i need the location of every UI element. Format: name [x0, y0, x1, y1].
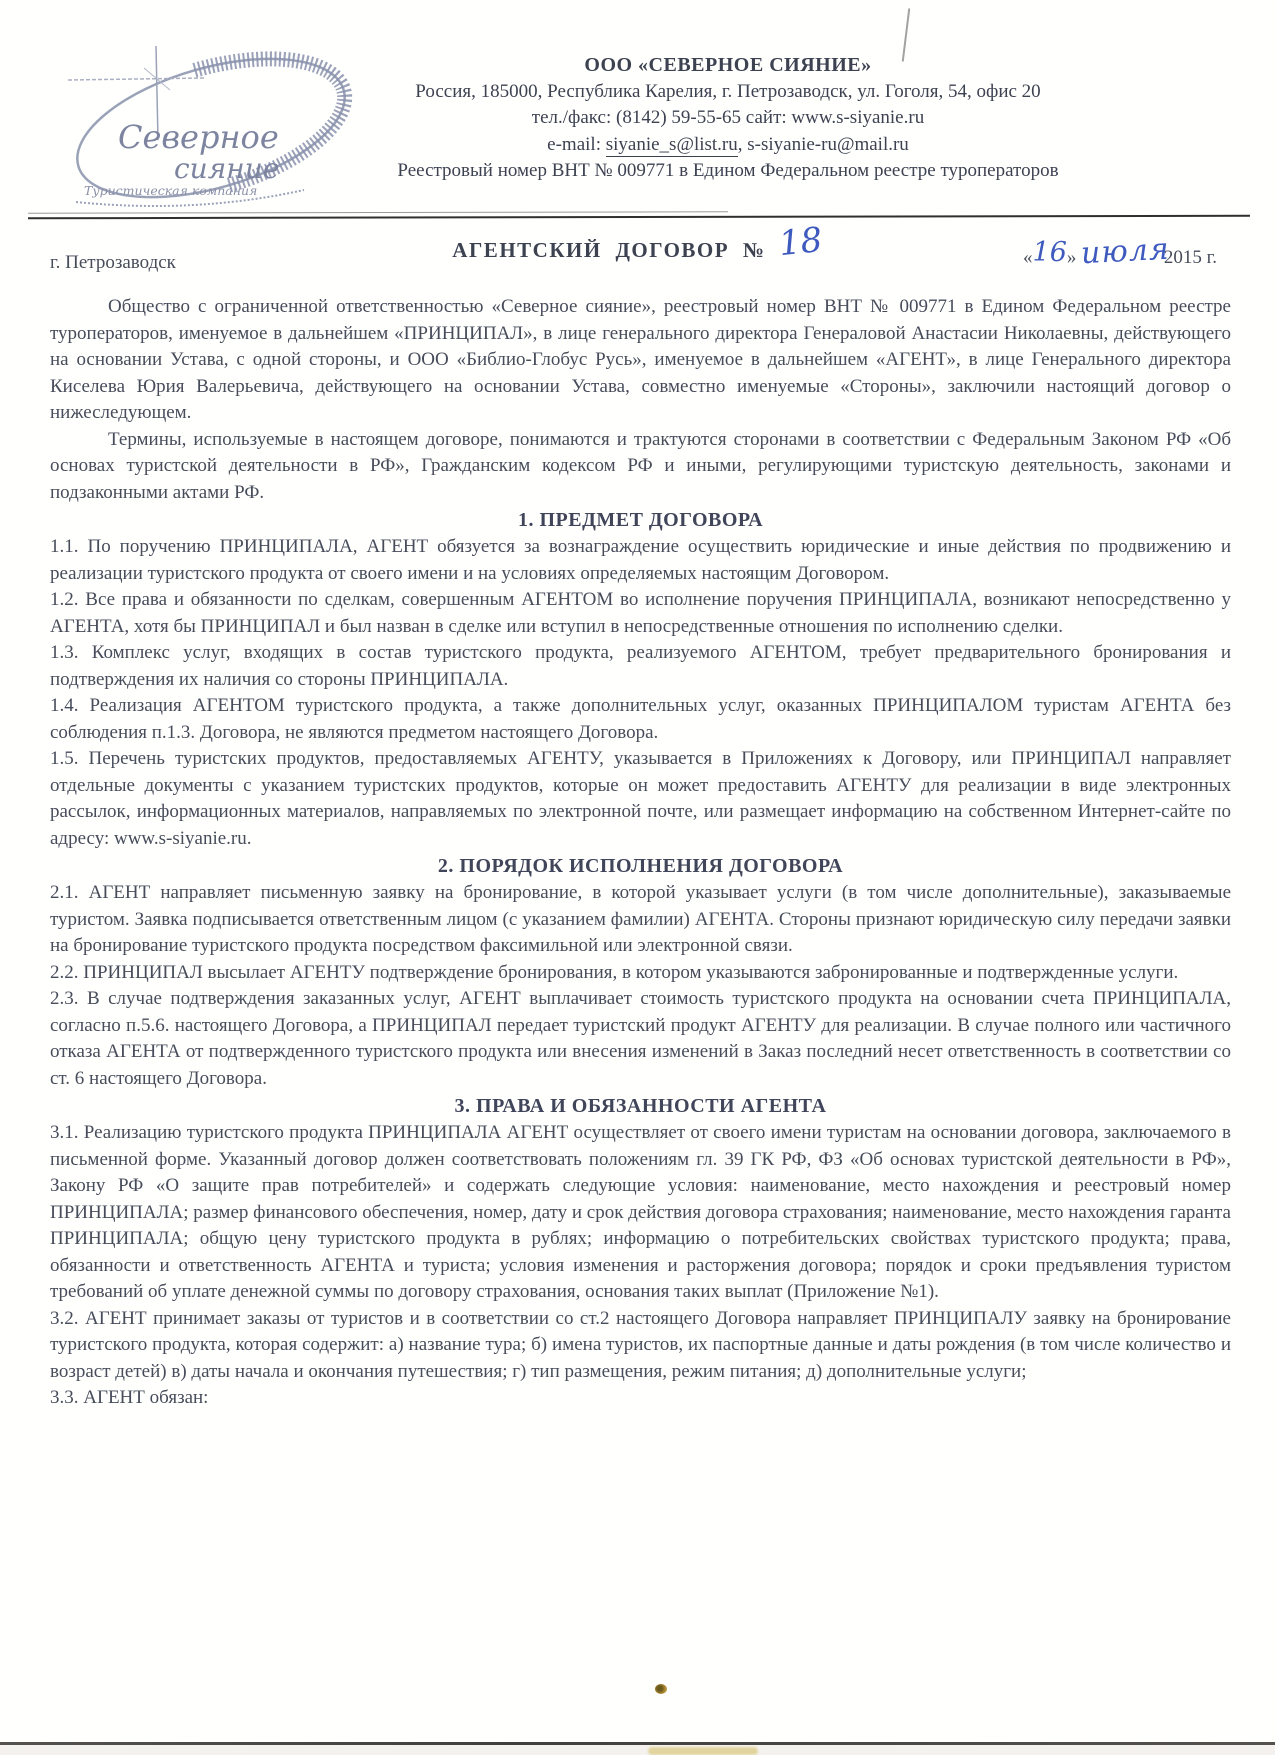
letterhead-divider-rule [28, 215, 1250, 220]
clause-2-1: 2.1. АГЕНТ направляет письменную заявку … [50, 880, 1231, 960]
clause-1-2: 1.2. Все права и обязанности по сделкам,… [50, 587, 1231, 640]
scan-speck-artifact [655, 1684, 667, 1694]
letterhead: ООО «СЕВЕРНОЕ СИЯНИЕ» Россия, 185000, Ре… [248, 52, 1208, 185]
clause-1-5: 1.5. Перечень туристских продуктов, пред… [50, 746, 1231, 852]
section-1-heading: 1. ПРЕДМЕТ ДОГОВОРА [50, 506, 1231, 534]
date-quote-open: « [1023, 247, 1033, 268]
email-label: e-mail: [547, 134, 606, 155]
company-phone-site: тел./факс: (8142) 59-55-65 сайт: www.s-s… [248, 105, 1208, 132]
date-year: 2015 г. [1164, 247, 1217, 268]
document-title: АГЕНТСКИЙ ДОГОВОР № [452, 238, 765, 262]
section-2-heading: 2. ПОРЯДОК ИСПОЛНЕНИЯ ДОГОВОРА [50, 852, 1231, 880]
clause-3-1: 3.1. Реализацию туристского продукта ПРИ… [50, 1120, 1231, 1306]
company-email-line: e-mail: siyanie_s@list.ru, s-siyanie-ru@… [248, 132, 1208, 159]
clause-1-1: 1.1. По поручению ПРИНЦИПАЛА, АГЕНТ обяз… [50, 534, 1231, 587]
company-name: ООО «СЕВЕРНОЕ СИЯНИЕ» [248, 52, 1208, 79]
clause-2-3: 2.3. В случае подтверждения заказанных у… [50, 986, 1231, 1092]
handwritten-contract-number: 18 [777, 220, 824, 264]
letterhead-rule-shadow [28, 211, 728, 213]
contract-date: «16» июля2015 г. [1023, 236, 1223, 271]
clause-3-2: 3.2. АГЕНТ принимает заказы от туристов … [50, 1306, 1231, 1386]
logo-tagline-text: Туристическая компания [84, 183, 257, 198]
clause-3-3: 3.3. АГЕНТ обязан: [50, 1385, 1231, 1412]
contract-body: Общество с ограниченной ответственностью… [50, 294, 1231, 1412]
email-separator: , [738, 134, 748, 155]
date-quote-close: » [1067, 247, 1077, 268]
contract-city: г. Петрозаводск [50, 252, 176, 274]
clause-1-3: 1.3. Комплекс услуг, входящих в состав т… [50, 640, 1231, 693]
section-3-heading: 3. ПРАВА И ОБЯЗАННОСТИ АГЕНТА [50, 1092, 1231, 1120]
email-secondary: s-siyanie-ru@mail.ru [747, 134, 909, 155]
handwritten-day: 16 [1033, 237, 1067, 268]
registry-number-line: Реестровый номер ВНТ № 009771 в Едином Ф… [248, 158, 1208, 185]
scan-bottom-edge-line [0, 1742, 1275, 1745]
intro-paragraph-1: Общество с ограниченной ответственностью… [50, 294, 1231, 427]
scan-bottom-band [0, 1744, 1275, 1755]
clause-1-4: 1.4. Реализация АГЕНТОМ туристского прод… [50, 693, 1231, 746]
clause-2-2: 2.2. ПРИНЦИПАЛ высылает АГЕНТУ подтвержд… [50, 960, 1231, 987]
intro-paragraph-2: Термины, используемые в настоящем догово… [50, 427, 1231, 507]
email-primary: siyanie_s@list.ru [606, 134, 738, 157]
scan-bottom-smudge [648, 1747, 758, 1755]
scanned-contract-page: Северное сияние Туристическая компания О… [0, 0, 1275, 1755]
handwritten-month: июля [1080, 232, 1170, 272]
company-address: Россия, 185000, Республика Карелия, г. П… [248, 79, 1208, 106]
